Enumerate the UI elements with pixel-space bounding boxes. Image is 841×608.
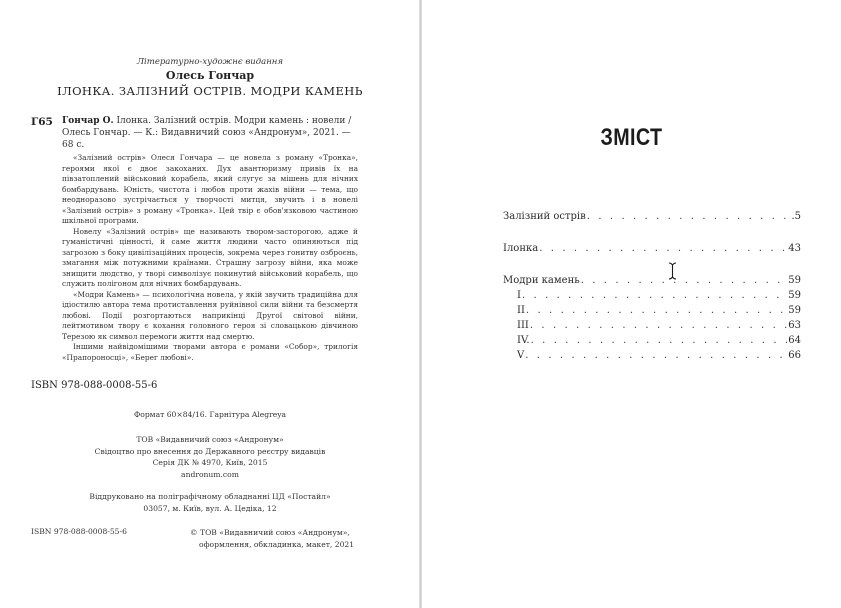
copyright-line1: © ТОВ «Видавничий союз «Андронум», [190, 528, 350, 537]
toc-entry-label: Ілонка [503, 243, 538, 254]
toc-dot-leader [530, 320, 787, 331]
annotation-paragraph: «Модри Камень» — психологічна новела, у … [62, 290, 358, 343]
toc-entry[interactable]: II59 [517, 305, 801, 319]
toc-entry[interactable]: IV.64 [517, 335, 801, 349]
toc-entry[interactable]: Залізний острів.5 [503, 211, 801, 225]
bib-line2: Олесь Гончар. — К.: Видавничий союз «Анд… [62, 128, 351, 150]
toc-dot-leader [526, 305, 787, 316]
toc-dot-leader [587, 211, 791, 222]
toc-entry-label: II [517, 305, 525, 316]
toc-entry[interactable]: I59 [517, 290, 801, 304]
right-page-contents [422, 0, 841, 608]
copyright-line2: оформлення, обкладинка, макет, 2021 [190, 539, 380, 551]
toc-entry[interactable]: Модри камень59 [503, 275, 801, 289]
printer-address: 03057, м. Київ, вул. А. Цедіка, 12 [0, 503, 420, 515]
annotation-paragraph: Новелу «Залізний острів» ще називають тв… [62, 227, 358, 290]
bibliographic-record: Гончар О. Ілонка. Залізний острів. Модри… [62, 115, 362, 151]
publisher-certificate: Свідоцтво про внесення до Державного реє… [0, 446, 420, 458]
toc-entry-page-number: 59 [788, 305, 801, 316]
toc-entry-page-number: 59 [788, 290, 801, 301]
toc-dot-leader [581, 275, 788, 286]
toc-entry[interactable]: Ілонка43 [503, 243, 801, 257]
toc-entry-label: III [517, 320, 529, 331]
toc-entry-page-number: 66 [788, 350, 801, 361]
printer-block: Віддруковано на поліграфічному обладнанн… [0, 491, 420, 514]
toc-entry-label: Модри камень [503, 275, 580, 286]
annotation: «Залізний острів» Олеся Гончара — це нов… [62, 153, 358, 363]
toc-entry-page-number: 59 [788, 275, 801, 286]
toc-entry-page-number: 63 [788, 320, 801, 331]
toc-dot-leader [525, 350, 787, 361]
text-ibeam-cursor-icon [668, 262, 677, 280]
toc-title: ЗМІСТ [460, 124, 804, 152]
toc-entry-label: IV. [517, 335, 530, 346]
toc-entry-page-number: .5 [791, 211, 801, 222]
isbn-bottom: ISBN 978-088-0008-55-6 [31, 527, 127, 536]
annotation-paragraph: «Залізний острів» Олеся Гончара — це нов… [62, 153, 358, 227]
publisher-name: ТОВ «Видавничий союз «Андронум» [0, 434, 420, 446]
toc-entry-label: Залізний острів [503, 211, 586, 222]
toc-entry[interactable]: III63 [517, 320, 801, 334]
book-spread: Літературно-художнє видання Олесь Гончар… [0, 0, 841, 608]
book-title: ІЛОНКА. ЗАЛІЗНИЙ ОСТРІВ. МОДРИ КАМЕНЬ [0, 84, 420, 98]
edition-type: Літературно-художнє видання [0, 57, 420, 67]
toc-dot-leader [522, 290, 787, 301]
bib-line1-rest: Ілонка. Залізний острів. Модри камень : … [114, 116, 352, 126]
publisher-website: andronum.com [0, 469, 420, 481]
author-name: Олесь Гончар [0, 69, 420, 82]
toc-dot-leader [539, 243, 787, 254]
toc-entry[interactable]: V66 [517, 350, 801, 364]
isbn-main: ISBN 978-088-0008-55-6 [31, 380, 157, 391]
format-line: Формат 60×84/16. Гарнітура Alegreya [0, 409, 420, 421]
printer-name: Віддруковано на поліграфічному обладнанн… [0, 491, 420, 503]
publisher-series: Серія ДК № 4970, Київ, 2015 [0, 457, 420, 469]
toc-entry-label: V [517, 350, 524, 361]
toc-entry-page-number: 64 [788, 335, 801, 346]
copyright-notice: © ТОВ «Видавничий союз «Андронум», оформ… [190, 527, 380, 550]
bib-author: Гончар О. [62, 116, 114, 126]
toc-dot-leader [531, 335, 788, 346]
annotation-paragraph: Іншими найвідомішими творами автора є ро… [62, 342, 358, 363]
toc-entry-page-number: 43 [788, 243, 801, 254]
publisher-block: ТОВ «Видавничий союз «Андронум» Свідоцтв… [0, 434, 420, 480]
toc-entry-label: I [517, 290, 521, 301]
catalog-code: Г65 [31, 116, 53, 128]
